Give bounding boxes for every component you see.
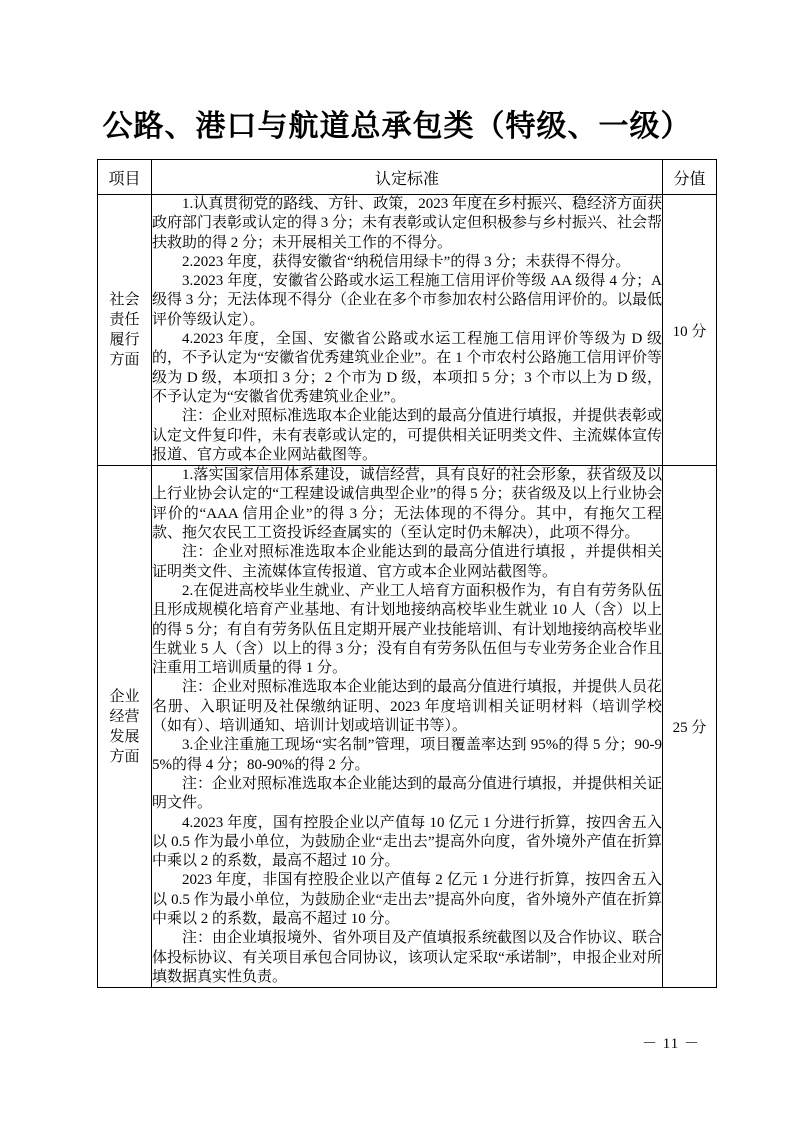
header-cell-score: 分值: [663, 160, 717, 195]
criteria-note: 注：由企业填报境外、省外项目及产值填报系统截图以及合作协议、联合体投标协议、有关…: [152, 929, 662, 987]
row-score: 25 分: [663, 466, 717, 988]
criteria-note: 注：企业对照标准选取本企业能达到的最高分值进行填报，并提供表彰或认定文件复印件，…: [152, 407, 662, 465]
criteria-paragraph: 4.2023 年度，国有控股企业以产值每 10 亿元 1 分进行折算，按四舍五入…: [152, 814, 662, 872]
page-number: － 11 －: [642, 1032, 700, 1053]
row-item-label: 企业经营发展方面: [110, 687, 140, 767]
table-header-row: 项目 认定标准 分值: [98, 160, 717, 195]
criteria-note: 注：企业对照标准选取本企业能达到的最高分值进行填报 ，并提供相关证明类文件、主流…: [152, 543, 662, 582]
row-item-label: 社会责任履行方面: [110, 290, 140, 370]
criteria-table: 项目 认定标准 分值 社会责任履行方面 1.认真贯彻党的路线、方针、政策，202…: [97, 159, 717, 988]
criteria-cell: 1.认真贯彻党的路线、方针、政策，2023 年度在乡村振兴、稳经济方面获政府部门…: [152, 195, 663, 466]
item-cell: 社会责任履行方面: [98, 195, 152, 466]
header-cell-item: 项目: [98, 160, 152, 195]
criteria-note: 注：企业对照标准选取本企业能达到的最高分值进行填报，并提供相关证明文件。: [152, 775, 662, 814]
criteria-paragraph: 1.落实国家信用体系建设，诚信经营，具有良好的社会形象，获省级及以上行业协会认定…: [152, 466, 662, 543]
table-row-social-responsibility: 社会责任履行方面 1.认真贯彻党的路线、方针、政策，2023 年度在乡村振兴、稳…: [98, 195, 717, 466]
criteria-cell: 1.落实国家信用体系建设，诚信经营，具有良好的社会形象，获省级及以上行业协会认定…: [152, 466, 663, 988]
document-page: 公路、港口与航道总承包类（特级、一级） 项目 认定标准 分值 社会责任履行方面 …: [0, 0, 794, 1123]
item-cell: 企业经营发展方面: [98, 466, 152, 988]
table-row-business-development: 企业经营发展方面 1.落实国家信用体系建设，诚信经营，具有良好的社会形象，获省级…: [98, 466, 717, 988]
row-score: 10 分: [663, 195, 717, 466]
criteria-paragraph: 2.2023 年度，获得安徽省“纳税信用绿卡”的得 3 分；未获得不得分。: [152, 253, 662, 272]
criteria-paragraph: 2.在促进高校毕业生就业、产业工人培育方面积极作为，有自有劳务队伍且形成规模化培…: [152, 582, 662, 678]
page-title: 公路、港口与航道总承包类（特级、一级）: [0, 0, 794, 148]
header-cell-criteria: 认定标准: [152, 160, 663, 195]
criteria-paragraph: 1.认真贯彻党的路线、方针、政策，2023 年度在乡村振兴、稳经济方面获政府部门…: [152, 195, 662, 253]
criteria-paragraph: 2023 年度，非国有控股企业以产值每 2 亿元 1 分进行折算，按四舍五入以 …: [152, 871, 662, 929]
criteria-note: 注：企业对照标准选取本企业能达到的最高分值进行填报，并提供人员花名册、入职证明及…: [152, 678, 662, 736]
criteria-paragraph: 3.2023 年度，安徽省公路或水运工程施工信用评价等级 AA 级得 4 分；A…: [152, 272, 662, 330]
criteria-paragraph: 4.2023 年度，全国、安徽省公路或水运工程施工信用评价等级为 D 级的，不予…: [152, 330, 662, 407]
criteria-paragraph: 3.企业注重施工现场“实名制”管理，项目覆盖率达到 95%的得 5 分；90-9…: [152, 736, 662, 775]
